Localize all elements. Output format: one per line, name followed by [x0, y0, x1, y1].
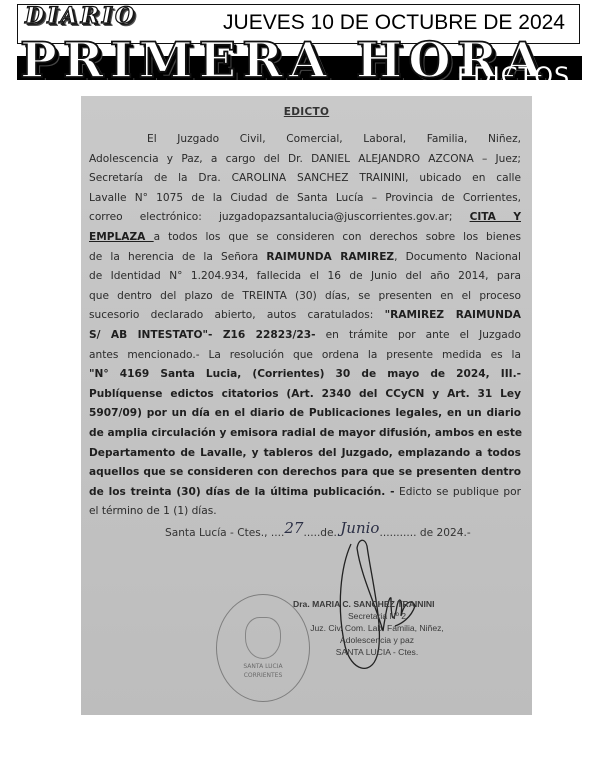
- line-text: de la herencia de la Señora: [89, 251, 266, 263]
- edict-line: el término de 1 (1) días.: [89, 502, 521, 522]
- edict-line: "N° 4169 Santa Lucia, (Corrientes) 30 de…: [89, 365, 521, 385]
- line-text: de los treinta (30) días de la última pu…: [89, 486, 395, 498]
- edict-body: El Juzgado Civil, Comercial, Laboral, Fa…: [89, 130, 521, 522]
- signature-block: Dra. MARIA C. SANCHEZ TRAININI Secretari…: [287, 598, 467, 658]
- edict-line: Lavalle N° 1075 de la Ciudad de Santa Lu…: [89, 189, 521, 209]
- email-text: correo electrónico: juzgadopazsantalucia…: [89, 211, 452, 223]
- handwritten-day: 27: [284, 519, 303, 537]
- line-text: Edicto se publique por: [395, 486, 521, 498]
- dateline-place: Santa Lucía - Ctes.,: [165, 527, 271, 539]
- edict-line: Secretaría de la Dra. CAROLINA SANCHEZ T…: [89, 169, 521, 189]
- handwritten-month: Junio: [340, 519, 379, 537]
- case-title: "RAMIREZ RAIMUNDA: [385, 309, 521, 321]
- edict-line: de Identidad N° 1.204.934, fallecida el …: [89, 267, 521, 287]
- line-text: sucesorio declarado abierto, autos carat…: [89, 309, 385, 321]
- edict-line: S/ AB INTESTATO"- Z16 22823/23- en trámi…: [89, 326, 521, 346]
- edict-line: EMPLAZA a todos los que se consideren co…: [89, 228, 521, 248]
- edict-line: de amplia circulación y emisora radial d…: [89, 424, 521, 444]
- edict-scan: EDICTO El Juzgado Civil, Comercial, Labo…: [81, 96, 532, 715]
- dots: ....: [271, 527, 284, 539]
- edict-line: que dentro del plazo de TREINTA (30) día…: [89, 287, 521, 307]
- signer-court: Adolescencia y paz: [287, 634, 467, 646]
- signer-name: Dra. MARIA C. SANCHEZ TRAININI: [287, 598, 467, 610]
- line-text: , Documento Nacional: [394, 251, 521, 263]
- deceased-name: RAIMUNDA RAMIREZ: [266, 251, 394, 263]
- edict-line: 5907/09) por un día en el diario de Publ…: [89, 404, 521, 424]
- cita-text: CITA Y: [470, 211, 521, 223]
- emplaza-text: EMPLAZA: [89, 231, 154, 243]
- signer-role: Secretaria Nº 2: [287, 610, 467, 622]
- coat-of-arms-icon: [245, 617, 281, 659]
- edict-title: EDICTO: [81, 103, 532, 123]
- edict-line: Adolescencia y Paz, a cargo del Dr. DANI…: [89, 150, 521, 170]
- issue-date: JUEVES 10 DE OCTUBRE DE 2024: [223, 11, 565, 35]
- signer-place: SANTA LUCIA - Ctes.: [287, 646, 467, 658]
- seal-text: SANTA LUCIA: [217, 663, 309, 671]
- edict-line: Publíquense edictos citatorios (Art. 234…: [89, 385, 521, 405]
- edict-line: correo electrónico: juzgadopazsantalucia…: [89, 208, 521, 228]
- line-text: a todos los que se consideren con derech…: [154, 231, 521, 243]
- edict-line: sucesorio declarado abierto, autos carat…: [89, 306, 521, 326]
- signer-court: Juz. Civ. Com. Lab. Familia, Niñez,: [287, 622, 467, 634]
- seal-text: CORRIENTES: [217, 672, 309, 680]
- newspaper-masthead: JUEVES 10 DE OCTUBRE DE 2024 DIARIO PRIM…: [0, 0, 600, 82]
- edict-line: El Juzgado Civil, Comercial, Laboral, Fa…: [89, 130, 521, 150]
- edict-line: de la herencia de la Señora RAIMUNDA RAM…: [89, 248, 521, 268]
- section-title: EDICTOS: [457, 62, 570, 80]
- edict-line: de los treinta (30) días de la última pu…: [89, 483, 521, 503]
- edict-line: antes mencionado.- La resolución que ord…: [89, 346, 521, 366]
- edict-line: aquellos que se consideren con derechos …: [89, 463, 521, 483]
- line-text: en trámite por ante el Juzgado: [316, 329, 521, 341]
- case-number: S/ AB INTESTATO"- Z16 22823/23-: [89, 329, 316, 341]
- masthead-diario: DIARIO: [25, 3, 137, 29]
- edict-line: Departamento de Lavalle, y tableros del …: [89, 444, 521, 464]
